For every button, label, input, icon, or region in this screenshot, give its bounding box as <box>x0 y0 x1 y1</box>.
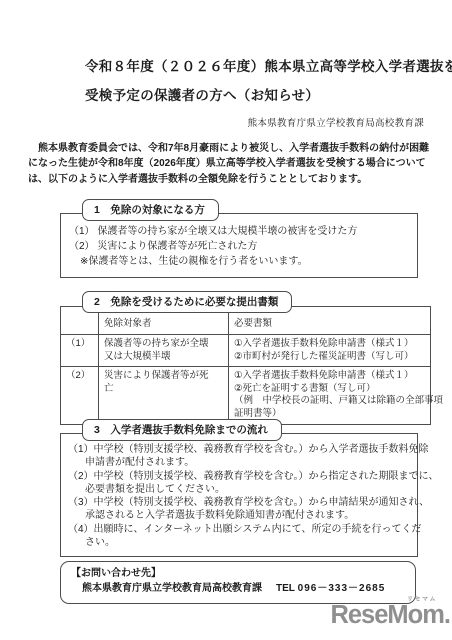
section3-box: （1）中学校（特別支援学校、義務教育学校を含む。）から入学者選抜手数料免除 申請… <box>60 433 418 557</box>
section3-step: （4）出願時に、インターネット出願システム内にて、所定の手続を行ってくだ <box>68 523 413 536</box>
section-required-documents: 2 免除を受けるために必要な提出書類 免除対象者 必要書類 （1） 保護者等の持… <box>60 291 418 425</box>
resemom-logo-period: . <box>444 601 451 629</box>
section1-heading: 1 免除の対象になる方 <box>82 199 219 221</box>
notice-document-page: 令和８年度（２０２６年度）熊本県立高等学校入学者選抜を 受検予定の保護者の方へ（… <box>0 0 452 640</box>
cell-line: ①入学者選抜手数料免除申請書（様式１） <box>234 370 428 383</box>
contact-department: 熊本県教育庁県立学校教育局高校教育課 <box>82 583 262 594</box>
section3-step: （2）中学校（特別支援学校、義務教育学校を含む。）から指定された期限までに、 <box>68 470 413 483</box>
section2-heading: 2 免除を受けるために必要な提出書類 <box>82 291 292 313</box>
cell-line: 又は大規模半壊 <box>104 351 226 364</box>
row2-number: （2） <box>61 367 99 424</box>
row1-documents: ①入学者選抜手数料免除申請書（様式１） ②市町村が発行した罹災証明書（写し可） <box>229 335 431 367</box>
tel-label: TEL <box>276 583 295 594</box>
section1-note: ※保護者等とは、生徒の親権を行う者をいいます。 <box>80 254 409 269</box>
row1-target: 保護者等の持ち家が全壊 又は大規模半壊 <box>99 335 229 367</box>
section3-heading: 3 入学者選抜手数料免除までの流れ <box>82 419 282 441</box>
section3-step-cont: 必要書類を提出してください。 <box>85 483 413 496</box>
resemom-logo: リセマム ReseMom. <box>330 597 451 629</box>
cell-line: ①入学者選抜手数料免除申請書（様式１） <box>234 338 428 351</box>
section1-box: （1） 保護者等の持ち家が全壊又は大規模半壊の被害を受けた方 （2） 災害により… <box>60 213 418 278</box>
intro-paragraph: 熊本県教育委員会では、令和7年8月豪雨により被災し、入学者選抜手数料の納付が困難… <box>28 141 428 187</box>
document-title-line1: 令和８年度（２０２６年度）熊本県立高等学校入学者選抜を <box>85 52 452 81</box>
required-documents-table: 免除対象者 必要書類 （1） 保護者等の持ち家が全壊 又は大規模半壊 ①入学者選… <box>60 306 431 425</box>
section1-item: （2） 災害により保護者等が死亡された方 <box>69 239 409 254</box>
tel-number: 096－333－2685 <box>298 583 386 594</box>
section3-step-cont: 申請書が配付されます。 <box>85 456 413 469</box>
resemom-logo-text: ReseMom <box>330 601 443 629</box>
section3-step-cont: 承認されると入学者選抜手数料免除通知書が配付されます。 <box>85 509 413 522</box>
section-exemption-process: 3 入学者選抜手数料免除までの流れ （1）中学校（特別支援学校、義務教育学校を含… <box>60 419 418 557</box>
cell-line: ②死亡を証明する書類（写し可） <box>234 383 428 396</box>
cell-line: 亡 <box>104 383 226 396</box>
section-exemption-eligibility: 1 免除の対象になる方 （1） 保護者等の持ち家が全壊又は大規模半壊の被害を受け… <box>60 199 418 278</box>
section3-step: （1）中学校（特別支援学校、義務教育学校を含む。）から入学者選抜手数料免除 <box>68 443 413 456</box>
intro-line: は、以下のように入学者選抜手数料の全額免除を行うこととしております。 <box>28 172 428 187</box>
cell-line: 災害により保護者等が死 <box>104 370 226 383</box>
contact-heading: 【お問い合わせ先】 <box>71 567 405 582</box>
section3-step-cont: さい。 <box>85 536 413 549</box>
section1-item: （1） 保護者等の持ち家が全壊又は大規模半壊の被害を受けた方 <box>69 224 409 239</box>
table-row: （2） 災害により保護者等が死 亡 ①入学者選抜手数料免除申請書（様式１） ②死… <box>61 367 431 424</box>
cell-line: （例 中学校長の証明、戸籍又は除籍の全部事項 <box>234 395 428 408</box>
row1-number: （1） <box>61 335 99 367</box>
intro-line: 熊本県教育委員会では、令和7年8月豪雨により被災し、入学者選抜手数料の納付が困難 <box>28 141 428 156</box>
table-row: （1） 保護者等の持ち家が全壊 又は大規模半壊 ①入学者選抜手数料免除申請書（様… <box>61 335 431 367</box>
document-title-line2: 受検予定の保護者の方へ（お知らせ） <box>85 81 452 110</box>
cell-line: ②市町村が発行した罹災証明書（写し可） <box>234 351 428 364</box>
section3-step: （3）中学校（特別支援学校、義務教育学校を含む。）から申請結果が通知され、 <box>68 496 413 509</box>
cell-line: 保護者等の持ち家が全壊 <box>104 338 226 351</box>
issuing-department: 熊本県教育庁県立学校教育局高校教育課 <box>0 115 424 129</box>
row2-documents: ①入学者選抜手数料免除申請書（様式１） ②死亡を証明する書類（写し可） （例 中… <box>229 367 431 424</box>
contact-detail: 熊本県教育庁県立学校教育局高校教育課TEL 096－333－2685 <box>82 582 405 597</box>
row2-target: 災害により保護者等が死 亡 <box>99 367 229 424</box>
document-title: 令和８年度（２０２６年度）熊本県立高等学校入学者選抜を 受検予定の保護者の方へ（… <box>85 52 452 110</box>
intro-line: になった生徒が令和8年度（2026年度）県立高等学校入学者選抜を受検する場合につ… <box>28 156 428 171</box>
